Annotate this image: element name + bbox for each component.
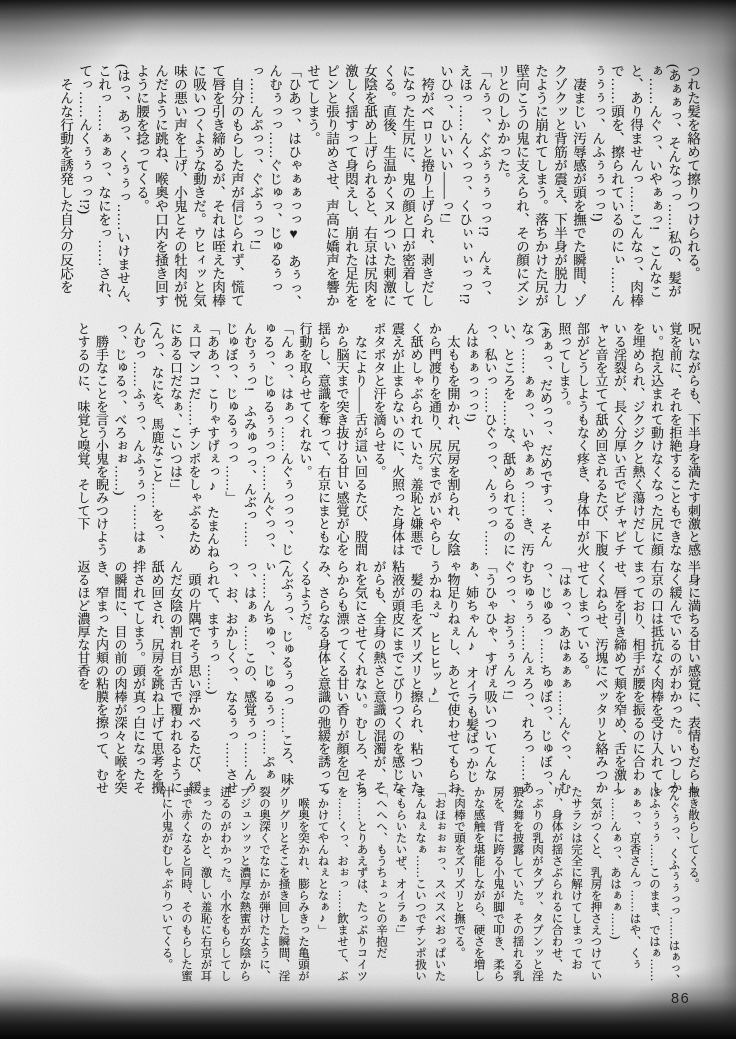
scanned-book-page: { "page": { "page_number": "86", "bands"… xyxy=(0,0,736,1039)
page-number: 86 xyxy=(671,991,690,1007)
text-band-4: 撒き散らしてくる。 (んぐぅっ、くふぅぅっっ……はぁっ、はふぅぅぅ……このまま、… xyxy=(52,786,702,988)
text-band-1: つれた髪を絡めて擦りつけられる。 (あぁぁっ、そんなっっ……私の、髪がぁ……んぐ… xyxy=(52,64,702,312)
page-scan: つれた髪を絡めて擦りつけられる。 (あぁぁっ、そんなっっ……私の、髪がぁ……んぐ… xyxy=(0,0,736,1039)
text-band-2: 呪いながらも、下半身を満たす刺激と感覚を前に、それを拒絶することもできない。抱え… xyxy=(52,322,702,560)
text-band-3: 半身に満ちる甘い感覚に、表情もだらしなく緩んでいるのがわかった。いつしか右京の口… xyxy=(52,560,702,794)
